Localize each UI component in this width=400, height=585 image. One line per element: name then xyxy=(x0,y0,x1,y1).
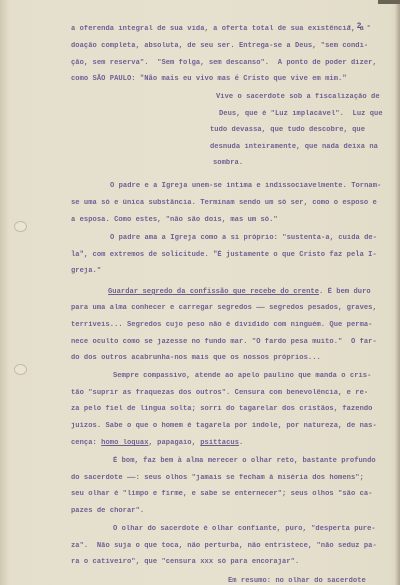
punch-hole-icon xyxy=(14,221,27,232)
text-line: Vive o sacerdote sob a fiscalização de xyxy=(216,93,380,102)
page-left-edge xyxy=(0,0,8,585)
text-line: tão "suprir as fraquezas dos outros". Ce… xyxy=(71,389,368,398)
text-line: a oferenda integral de sua vida, a ofert… xyxy=(71,25,364,34)
text-line: Deus, que é "Luz implacável". Luz que xyxy=(219,110,383,119)
text-line: doação completa, absoluta, de seu ser. E… xyxy=(71,42,368,51)
text-line: za pelo fiel de língua solta; sorri do t… xyxy=(71,405,373,414)
text-span: . É bem duro xyxy=(319,288,371,296)
text-span: . xyxy=(239,439,243,447)
document-page: - 2 - a oferenda integral de sua vida, a… xyxy=(0,0,400,585)
page-corner-shadow xyxy=(378,0,400,4)
underlined-term: homo loquax xyxy=(101,439,148,447)
text-line: la", com extremos de solicitude. "É just… xyxy=(71,251,377,260)
underlined-term: psittacus xyxy=(200,439,239,447)
text-line: pazes de chorar". xyxy=(71,507,144,516)
text-line: a esposa. Como estes, "não são dois, mas… xyxy=(71,216,278,225)
text-line: para uma alma conhecer e carregar segred… xyxy=(71,304,377,313)
text-line: Sempre compassivo, atende ao apelo pauli… xyxy=(113,372,371,381)
text-line: do dos outros acabrunha-nos mais que os … xyxy=(71,354,321,363)
text-line: desnuda inteiramente, que nada deixa na xyxy=(210,143,378,152)
text-line: nece oculto como se jazesse no fundo mar… xyxy=(71,338,377,347)
text-span: cença: xyxy=(71,439,101,447)
text-line: Em resumo: no olhar do sacerdote xyxy=(228,577,366,585)
text-line: tudo devassa, que tudo descobre, que xyxy=(210,126,365,135)
text-line: como SÃO PAULO: "Não mais eu vivo mas é … xyxy=(71,75,347,84)
underlined-heading: Guardar segredo da confissão que recebe … xyxy=(108,288,319,296)
text-line: greja." xyxy=(71,267,101,276)
text-line: juízos. Sabe o que o homem é tagarela po… xyxy=(71,422,377,431)
text-line: sombra. xyxy=(213,159,243,168)
text-line: se uma só e única substância. Terminam s… xyxy=(71,199,377,208)
text-line: seu olhar é "límpo e firme, e sabe se en… xyxy=(71,490,373,499)
page-right-shadow xyxy=(395,0,400,585)
text-line: ra o cativeiro", que "censura xxx só par… xyxy=(71,558,299,567)
text-line: ção, sem reserva". "Sem folga, sem desca… xyxy=(71,59,377,68)
text-line: É bom, faz bem à alma merecer o olhar re… xyxy=(113,457,376,466)
punch-hole-icon xyxy=(14,364,27,375)
text-line: O olhar do sacerdote é olhar confiante, … xyxy=(113,525,376,534)
text-line: do sacerdote ——: seus olhos "jamais se f… xyxy=(71,474,364,483)
text-line: O padre ama a Igreja como a si próprio: … xyxy=(110,234,377,243)
text-line: O padre e a Igreja unem-se íntima e indi… xyxy=(110,182,381,191)
text-line: cença: homo loquax, papagaio, psittacus. xyxy=(71,439,243,448)
text-line: za". Não suja o que toca, não perturba, … xyxy=(71,542,377,551)
text-line: terríveis... Segredos cujo peso não é di… xyxy=(71,321,373,330)
text-span: , papagaio, xyxy=(149,439,201,447)
text-line: Guardar segredo da confissão que recebe … xyxy=(108,288,371,297)
